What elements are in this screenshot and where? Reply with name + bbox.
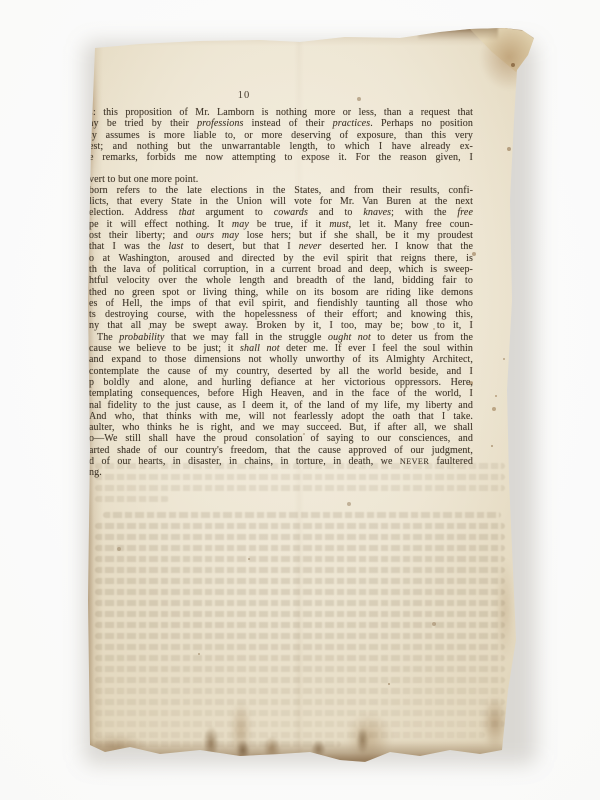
text-line: ny that all may be swept away. Broken by… (89, 320, 473, 332)
showthrough-line (95, 644, 505, 650)
showthrough-line (95, 699, 505, 705)
showthrough-line (95, 741, 341, 747)
showthrough-line (95, 633, 505, 639)
photo-backdrop: 10 s: this proposition of Mr. Lamborn is… (0, 0, 600, 800)
text-line: ost their liberty; and ours may lose her… (89, 230, 473, 242)
foxing-specks (88, 28, 90, 30)
text-line: o—We still shall have the proud consolat… (89, 433, 473, 445)
showthrough-line (95, 545, 505, 551)
showthrough-line (95, 688, 505, 694)
showthrough-line (95, 485, 505, 491)
text-line: htful velocity over the whole length and… (89, 275, 473, 287)
showthrough-line (95, 732, 485, 738)
showthrough-line (95, 534, 505, 540)
text-line: contemplate the cause of my country, des… (89, 366, 473, 378)
text-line: and expand to those dimensions not wholl… (89, 354, 473, 366)
text-line: nal fidelity to the just cause, as I dee… (89, 400, 473, 412)
text-line: election. Address that argument to cowar… (89, 207, 473, 219)
showthrough-line (95, 589, 505, 595)
showthrough-line (95, 710, 505, 716)
showthrough-line (95, 600, 505, 606)
showthrough-line (95, 655, 505, 661)
text-line: o at Washington, aroused and directed by… (89, 253, 473, 265)
text-line: es of Hell, the imps of that evil spirit… (89, 298, 473, 310)
text-line: And who, that thinks with me, will not f… (89, 411, 473, 423)
stain (418, 26, 498, 40)
text-line: that I was the last to desert, but that … (89, 241, 473, 253)
text-line: templating consequences, before High Hea… (89, 388, 473, 400)
showthrough-line (95, 567, 505, 573)
showthrough-line (95, 496, 169, 502)
text-line: d of our hearts, in disaster, in chains,… (89, 456, 473, 468)
showthrough-line (95, 666, 505, 672)
showthrough-line (95, 611, 505, 617)
text-line: thed no green spot or living thing, whil… (89, 287, 473, 299)
text-line: born refers to the late elections in the… (89, 185, 473, 197)
showthrough-line (95, 677, 505, 683)
showthrough-line (95, 721, 505, 727)
text-line: ts destroying course, with the hopelessn… (89, 309, 473, 321)
showthrough-line (95, 622, 505, 628)
text-line: ty assumes is more liable to, or more de… (89, 130, 473, 142)
page-number: 10 (232, 90, 256, 101)
text-line: ay be tried by their professions instead… (89, 118, 473, 130)
text-line: ng. (89, 467, 473, 479)
document-page: 10 s: this proposition of Mr. Lamborn is… (88, 28, 542, 762)
showthrough-line (95, 578, 505, 584)
text-line: e remarks, forbids me now attempting to … (89, 152, 473, 164)
showthrough-line (95, 523, 505, 529)
text-line: vert to but one more point. (89, 174, 473, 186)
text-line: arted shade of our country's freedom, th… (89, 445, 473, 457)
showthrough-line (95, 556, 505, 562)
text-line: pe it will effect nothing. It may be tru… (89, 219, 473, 231)
text-line: The probability that we may fall in the … (89, 332, 473, 344)
showthrough-line (103, 512, 501, 518)
